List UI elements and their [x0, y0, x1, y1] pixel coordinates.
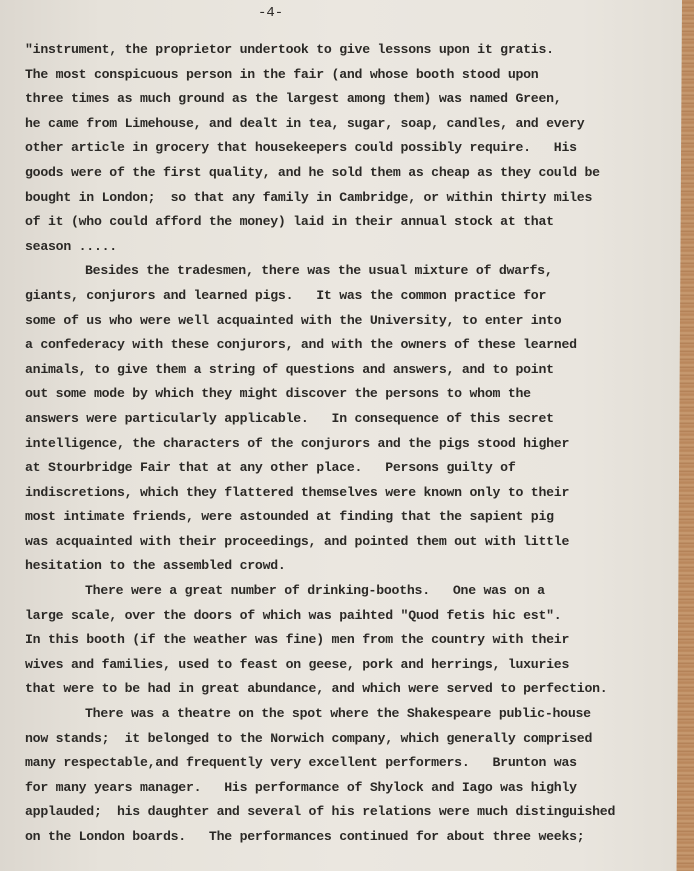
- text-line: bought in London; so that any family in …: [25, 186, 685, 211]
- text-line: that were to be had in great abundance, …: [25, 677, 685, 702]
- text-line: giants, conjurors and learned pigs. It w…: [25, 284, 685, 309]
- text-line: three times as much ground as the larges…: [25, 87, 685, 112]
- text-line: now stands; it belonged to the Norwich c…: [25, 727, 685, 752]
- text-line: answers were particularly applicable. In…: [25, 407, 685, 432]
- text-line: a confederacy with these conjurors, and …: [25, 333, 685, 358]
- text-line: for many years manager. His performance …: [25, 776, 685, 801]
- text-line: applauded; his daughter and several of h…: [25, 800, 685, 825]
- text-line: season .....: [25, 235, 685, 260]
- text-line: other article in grocery that housekeepe…: [25, 136, 685, 161]
- text-line: at Stourbridge Fair that at any other pl…: [25, 456, 685, 481]
- text-line: goods were of the first quality, and he …: [25, 161, 685, 186]
- text-line: many respectable,and frequently very exc…: [25, 751, 685, 776]
- text-line: on the London boards. The performances c…: [25, 825, 685, 850]
- text-line: out some mode by which they might discov…: [25, 382, 685, 407]
- paragraph-start-line: There was a theatre on the spot where th…: [25, 702, 685, 727]
- text-line: indiscretions, which they flattered them…: [25, 481, 685, 506]
- photo-stage: -4- "instrument, the proprietor undertoo…: [0, 0, 694, 871]
- text-line: animals, to give them a string of questi…: [25, 358, 685, 383]
- text-line: of it (who could afford the money) laid …: [25, 210, 685, 235]
- page-number: -4-: [258, 5, 283, 21]
- paragraph-start-line: There were a great number of drinking-bo…: [25, 579, 685, 604]
- text-line: some of us who were well acquainted with…: [25, 309, 685, 334]
- text-line: was acquainted with their proceedings, a…: [25, 530, 685, 555]
- text-line: In this booth (if the weather was fine) …: [25, 628, 685, 653]
- text-line: most intimate friends, were astounded at…: [25, 505, 685, 530]
- text-line: large scale, over the doors of which was…: [25, 604, 685, 629]
- text-line: intelligence, the characters of the conj…: [25, 432, 685, 457]
- text-line: hesitation to the assembled crowd.: [25, 554, 685, 579]
- text-line: The most conspicuous person in the fair …: [25, 63, 685, 88]
- page-body-text: "instrument, the proprietor undertook to…: [25, 38, 685, 850]
- text-line: "instrument, the proprietor undertook to…: [25, 38, 685, 63]
- paragraph-start-line: Besides the tradesmen, there was the usu…: [25, 259, 685, 284]
- text-line: he came from Limehouse, and dealt in tea…: [25, 112, 685, 137]
- typewritten-page: -4- "instrument, the proprietor undertoo…: [0, 0, 682, 871]
- text-line: wives and families, used to feast on gee…: [25, 653, 685, 678]
